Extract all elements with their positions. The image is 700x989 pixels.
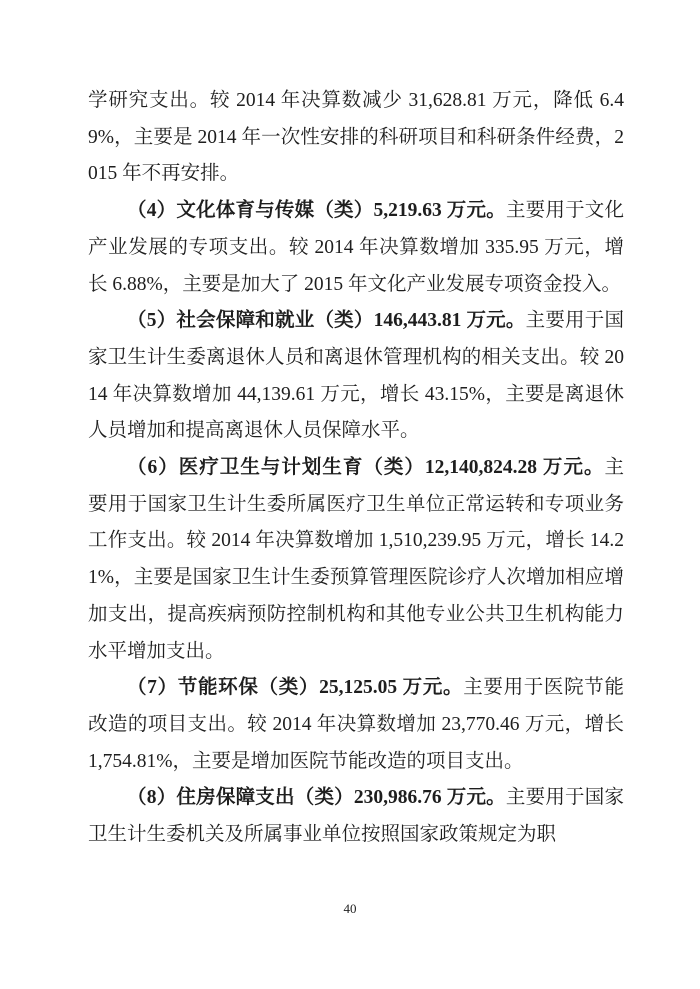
paragraph-lead: （5）社会保障和就业（类）146,443.81 万元。 — [127, 310, 526, 331]
paragraph-lead: （7）节能环保（类）25,125.05 万元。 — [127, 677, 463, 698]
paragraph: （5）社会保障和就业（类）146,443.81 万元。主要用于国家卫生计生委离退… — [88, 303, 624, 450]
paragraph: 学研究支出。较 2014 年决算数减少 31,628.81 万元，降低 6.49… — [88, 83, 624, 193]
page-body: 学研究支出。较 2014 年决算数减少 31,628.81 万元，降低 6.49… — [88, 83, 624, 854]
paragraph-body: 学研究支出。较 2014 年决算数减少 31,628.81 万元，降低 6.49… — [88, 90, 624, 184]
paragraph-lead: （8）住房保障支出（类）230,986.76 万元。 — [127, 787, 506, 808]
paragraph: （4）文化体育与传媒（类）5,219.63 万元。主要用于文化产业发展的专项支出… — [88, 193, 624, 303]
paragraph: （7）节能环保（类）25,125.05 万元。主要用于医院节能改造的项目支出。较… — [88, 670, 624, 780]
page-number: 40 — [344, 901, 357, 916]
paragraph-lead: （4）文化体育与传媒（类）5,219.63 万元。 — [127, 200, 506, 221]
paragraph: （8）住房保障支出（类）230,986.76 万元。主要用于国家卫生计生委机关及… — [88, 780, 624, 853]
page-footer: 40 — [0, 900, 700, 918]
document-page: 学研究支出。较 2014 年决算数减少 31,628.81 万元，降低 6.49… — [0, 0, 700, 989]
paragraph-body: 主要用于国家卫生计生委所属医疗卫生单位正常运转和专项业务工作支出。较 2014 … — [88, 457, 624, 662]
paragraph: （6）医疗卫生与计划生育（类）12,140,824.28 万元。主要用于国家卫生… — [88, 450, 624, 670]
paragraph-lead: （6）医疗卫生与计划生育（类）12,140,824.28 万元。 — [127, 457, 604, 478]
